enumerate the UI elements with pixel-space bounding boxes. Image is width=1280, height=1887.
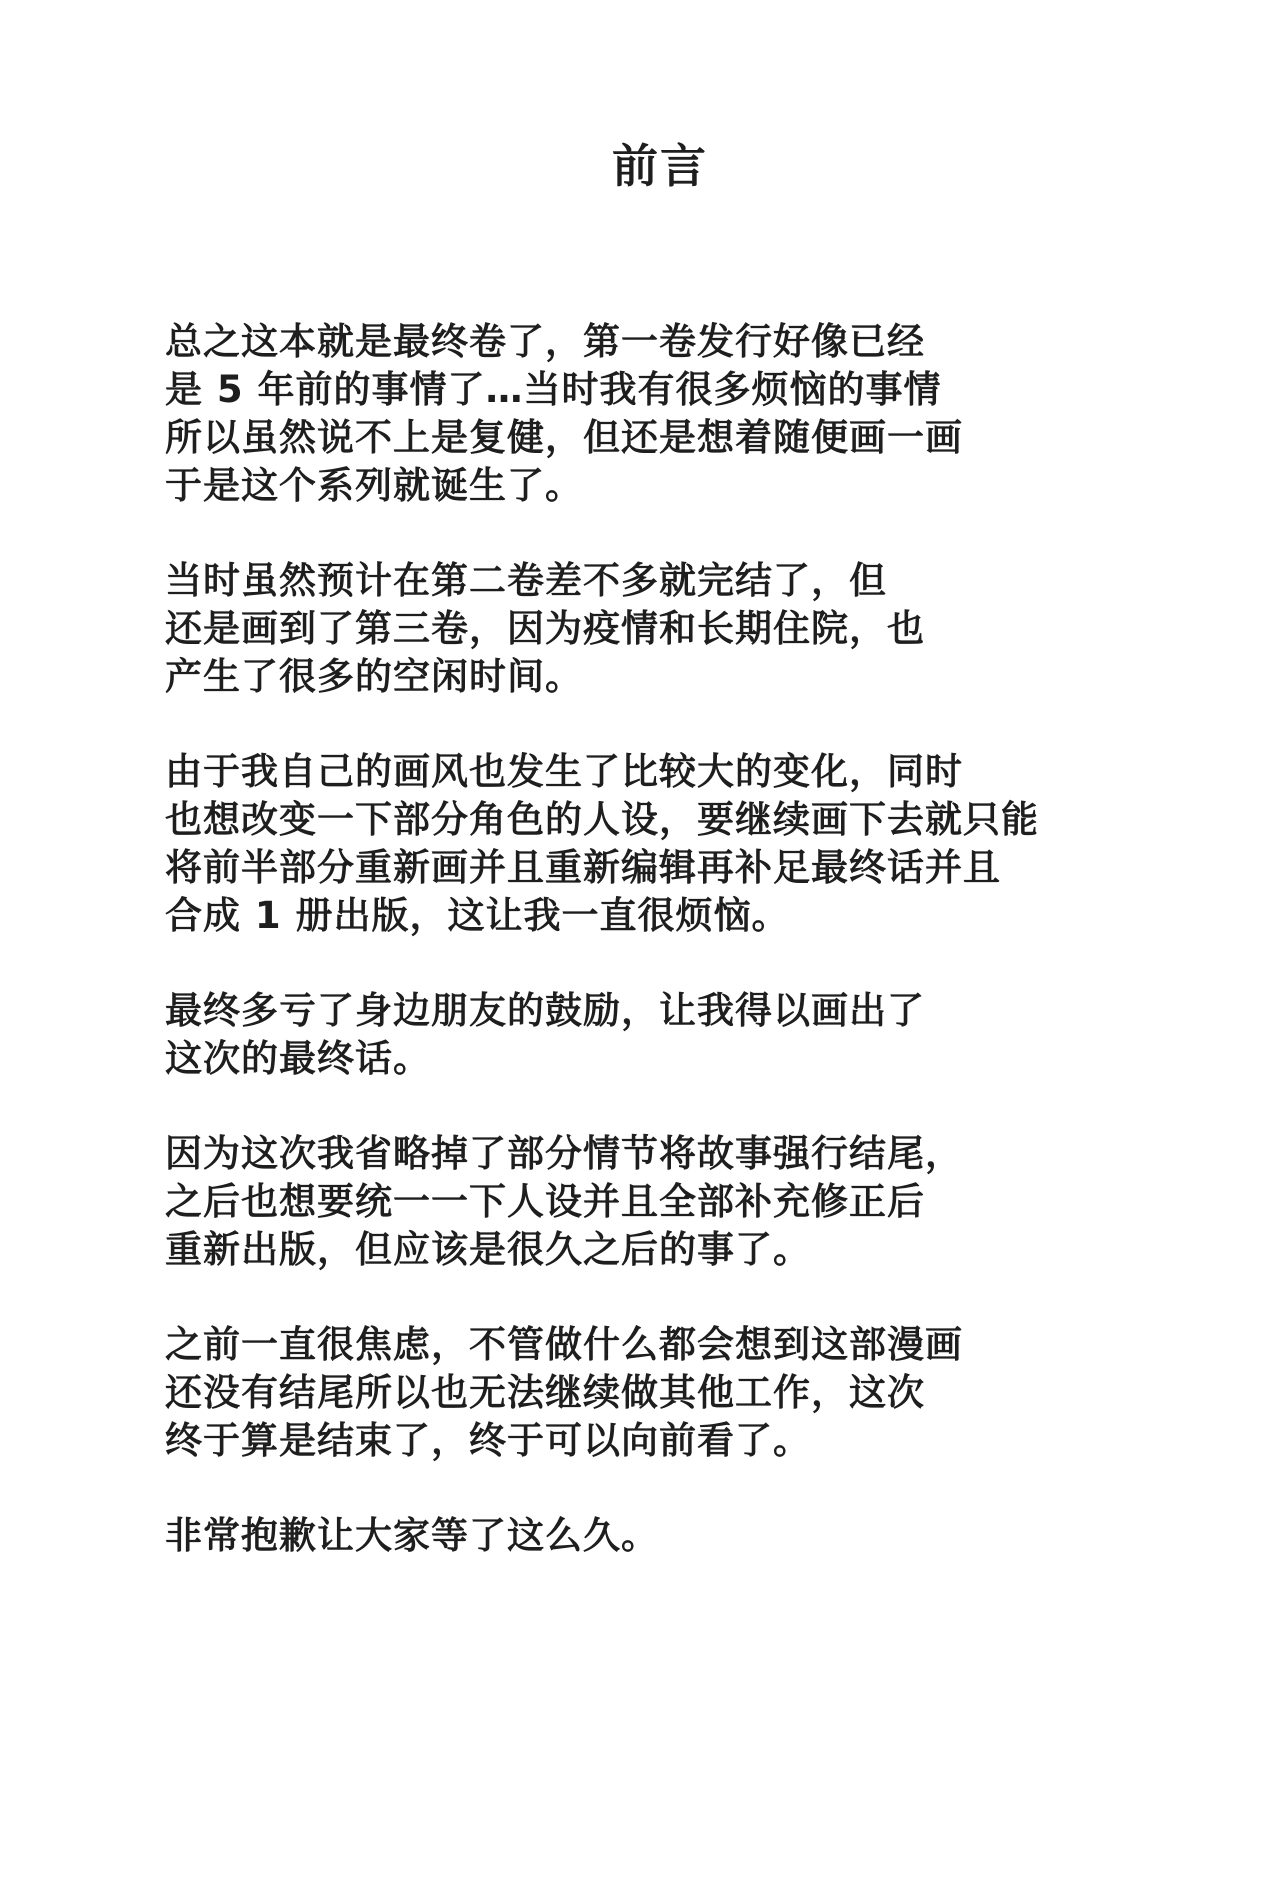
- text-line: 所以虽然说不上是复健，但还是想着随便画一画: [165, 414, 1225, 462]
- text-line: 重新出版，但应该是很久之后的事了。: [165, 1226, 1225, 1274]
- text-line: 是 5 年前的事情了…当时我有很多烦恼的事情: [165, 366, 1225, 414]
- text-line: 当时虽然预计在第二卷差不多就完结了，但: [165, 557, 1225, 605]
- text-line: 还没有结尾所以也无法继续做其他工作，这次: [165, 1369, 1225, 1417]
- text-line: 产生了很多的空闲时间。: [165, 653, 1225, 701]
- text-line: 也想改变一下部分角色的人设，要继续画下去就只能: [165, 796, 1225, 844]
- text-line: 终于算是结束了，终于可以向前看了。: [165, 1417, 1225, 1465]
- paragraph-2: 当时虽然预计在第二卷差不多就完结了，但 还是画到了第三卷，因为疫情和长期住院，也…: [165, 557, 1225, 701]
- document-body: 总之这本就是最终卷了，第一卷发行好像已经 是 5 年前的事情了…当时我有很多烦恼…: [165, 318, 1225, 1607]
- text-line: 由于我自己的画风也发生了比较大的变化，同时: [165, 748, 1225, 796]
- paragraph-4: 最终多亏了身边朋友的鼓励，让我得以画出了 这次的最终话。: [165, 987, 1225, 1083]
- text-line: 非常抱歉让大家等了这么久。: [165, 1512, 1225, 1560]
- text-line: 还是画到了第三卷，因为疫情和长期住院，也: [165, 605, 1225, 653]
- paragraph-3: 由于我自己的画风也发生了比较大的变化，同时 也想改变一下部分角色的人设，要继续画…: [165, 748, 1225, 940]
- page-title: 前言: [0, 138, 1280, 194]
- document-page: 前言 总之这本就是最终卷了，第一卷发行好像已经 是 5 年前的事情了…当时我有很…: [0, 0, 1280, 1887]
- text-line: 于是这个系列就诞生了。: [165, 462, 1225, 510]
- text-line: 之后也想要统一一下人设并且全部补充修正后: [165, 1178, 1225, 1226]
- text-line: 因为这次我省略掉了部分情节将故事强行结尾，: [165, 1130, 1225, 1178]
- text-line: 这次的最终话。: [165, 1035, 1225, 1083]
- paragraph-6: 之前一直很焦虑，不管做什么都会想到这部漫画 还没有结尾所以也无法继续做其他工作，…: [165, 1321, 1225, 1465]
- paragraph-1: 总之这本就是最终卷了，第一卷发行好像已经 是 5 年前的事情了…当时我有很多烦恼…: [165, 318, 1225, 510]
- text-line: 将前半部分重新画并且重新编辑再补足最终话并且: [165, 844, 1225, 892]
- text-line: 合成 1 册出版，这让我一直很烦恼。: [165, 892, 1225, 940]
- paragraph-5: 因为这次我省略掉了部分情节将故事强行结尾， 之后也想要统一一下人设并且全部补充修…: [165, 1130, 1225, 1274]
- text-line: 之前一直很焦虑，不管做什么都会想到这部漫画: [165, 1321, 1225, 1369]
- text-line: 总之这本就是最终卷了，第一卷发行好像已经: [165, 318, 1225, 366]
- paragraph-7: 非常抱歉让大家等了这么久。: [165, 1512, 1225, 1560]
- text-line: 最终多亏了身边朋友的鼓励，让我得以画出了: [165, 987, 1225, 1035]
